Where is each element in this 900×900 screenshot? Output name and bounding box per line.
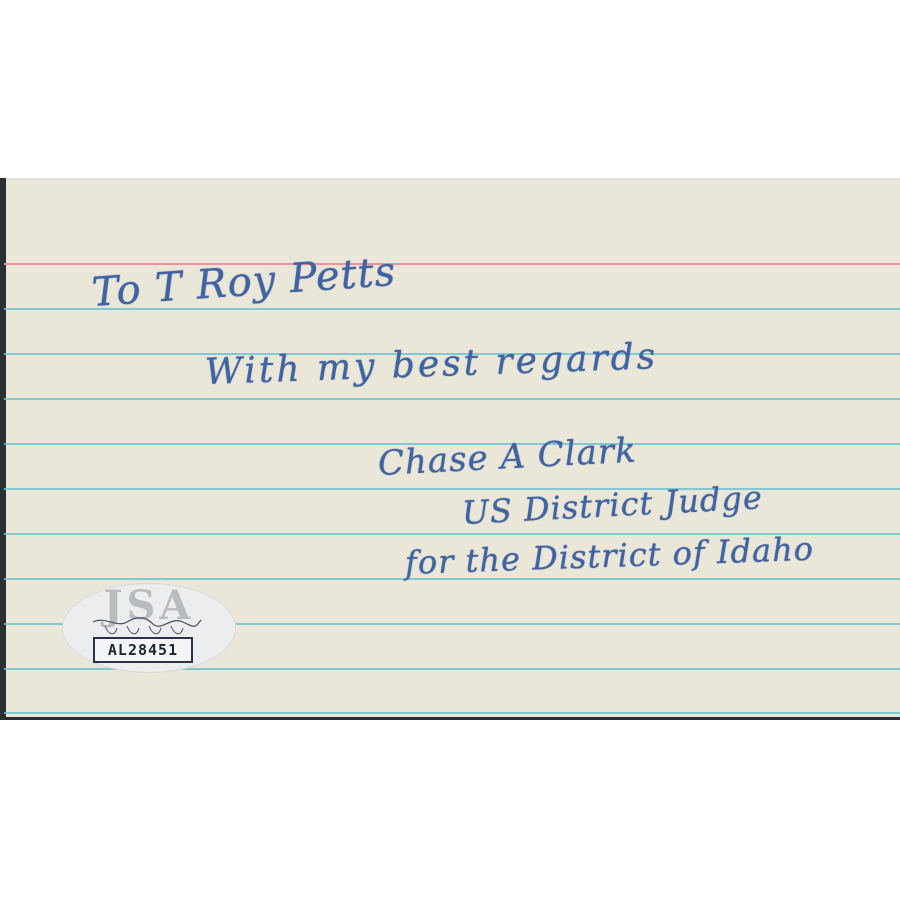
ruled-line bbox=[4, 488, 900, 490]
jsa-authentication-sticker: JSA AL28451 bbox=[63, 584, 235, 672]
authenticator-signature-icon bbox=[91, 612, 203, 638]
header-rule-red bbox=[4, 263, 900, 265]
certificate-number: AL28451 bbox=[93, 637, 193, 663]
ruled-line bbox=[4, 398, 900, 400]
ruled-line bbox=[4, 712, 900, 714]
